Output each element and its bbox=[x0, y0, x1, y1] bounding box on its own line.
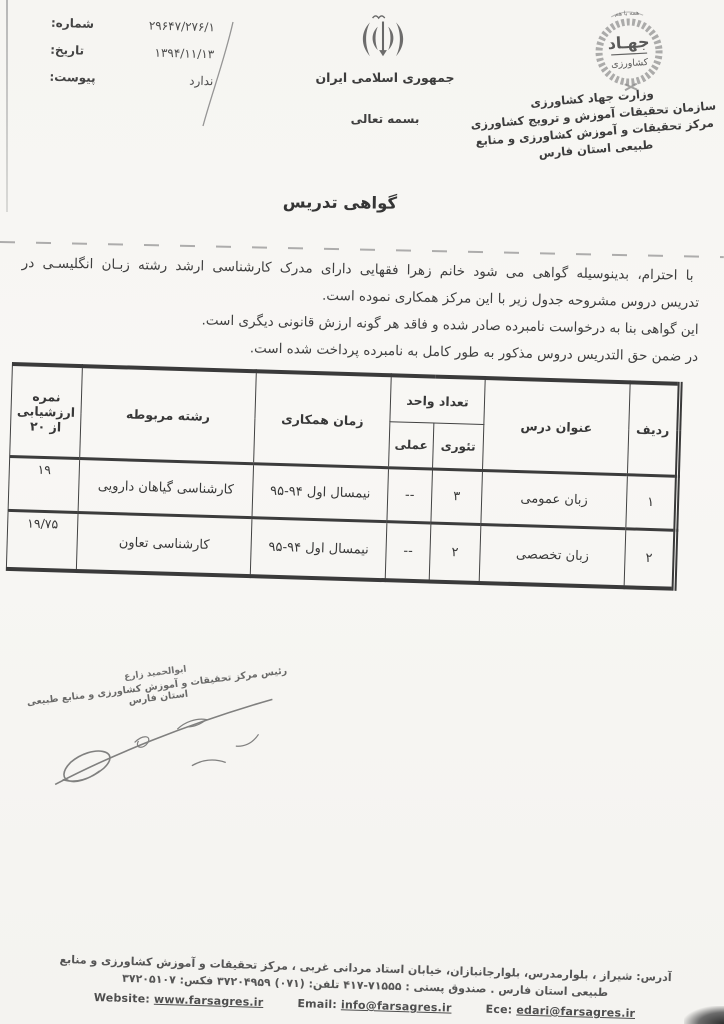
cell-practical: -- bbox=[385, 522, 431, 582]
cell-term: نیمسال اول ۹۴-۹۵ bbox=[252, 464, 389, 522]
date-label: تاریخ: bbox=[50, 43, 84, 58]
cell-theory: ۲ bbox=[429, 523, 481, 583]
col-header-score: نمره ارزشیابی از ۲۰ bbox=[10, 364, 83, 459]
cell-score: ۱۹ bbox=[8, 456, 80, 512]
logo-main-text: جهـاد bbox=[607, 32, 650, 53]
col-header-term: زمان همکاری bbox=[254, 371, 392, 467]
col-header-field: رشته مربوطه bbox=[80, 366, 257, 464]
cell-row-no: ۲ bbox=[624, 529, 676, 589]
attachment-label: پیوست: bbox=[49, 70, 96, 85]
cell-course: زبان تخصصی bbox=[479, 524, 626, 587]
document-title: گواهی تدریس bbox=[255, 192, 425, 213]
courses-table: ردیف عنوان درس تعداد واحد زمان همکاری رش… bbox=[6, 362, 683, 591]
courses-table-wrap: ردیف عنوان درس تعداد واحد زمان همکاری رش… bbox=[6, 362, 682, 591]
ece-address: edari@farsagres.ir bbox=[516, 1004, 635, 1021]
scan-corner-artifact bbox=[684, 1006, 724, 1024]
logo-motto-text: همه با هم bbox=[615, 9, 640, 17]
letter-date-row: تاریخ: ۱۳۹۴/۱۱/۱۳ bbox=[50, 43, 214, 62]
website-url: www.farsagres.ir bbox=[154, 993, 264, 1009]
email-address: info@farsagres.ir bbox=[341, 998, 452, 1014]
col-header-practical: عملی bbox=[389, 422, 434, 469]
republic-of-iran-text: جمهوری اسلامی ایران bbox=[295, 70, 475, 85]
iran-emblem-icon bbox=[352, 12, 414, 68]
letter-attachment-row: پیوست: ندارد bbox=[49, 70, 213, 89]
website-label: Website: bbox=[94, 991, 150, 1006]
spacer bbox=[456, 1012, 482, 1013]
besmele-text: بسمه تعالی bbox=[330, 112, 440, 126]
cell-term: نیمسال اول ۹۴-۹۵ bbox=[250, 518, 387, 580]
spacer bbox=[267, 1006, 293, 1007]
number-label: شماره: bbox=[51, 16, 95, 31]
scan-edge-artifact bbox=[6, 0, 8, 212]
organization-lines: وزارت جهاد کشاورزی سازمان تحقیقات آموزش … bbox=[466, 80, 723, 168]
signature-block: ابوالحمید زارع رئیس مرکز تحقیقات و آموزش… bbox=[22, 652, 303, 803]
col-header-course: عنوان درس bbox=[482, 378, 630, 475]
logo-sub-text: کشاورزی bbox=[611, 57, 649, 70]
cell-field: کارشناسی گیاهان دارویی bbox=[78, 459, 254, 518]
footer-block: آدرس: شیراز ، بلوارمدرس، بلوارجانبازان، … bbox=[26, 950, 703, 1024]
col-header-row-no: ردیف bbox=[627, 382, 680, 476]
col-header-theory: تئوری bbox=[433, 423, 484, 470]
cell-row-no: ۱ bbox=[626, 475, 678, 530]
email-label: Email: bbox=[297, 997, 337, 1011]
scanned-document-page: شماره: ۲۹۶۴۷/۲۷۶/۱ تاریخ: ۱۳۹۴/۱۱/۱۳ پیو… bbox=[0, 0, 724, 1024]
cell-practical: -- bbox=[387, 468, 433, 523]
handwritten-slash-mark bbox=[193, 18, 239, 130]
cell-score: ۱۹/۷۵ bbox=[6, 510, 78, 571]
col-header-units-group: تعداد واحد bbox=[390, 375, 485, 424]
cell-theory: ۳ bbox=[431, 469, 483, 524]
body-paragraph: با احترام، بدینوسیله گواهی می شود خانم ز… bbox=[20, 250, 700, 371]
cell-field: کارشناسی تعاون bbox=[76, 513, 252, 577]
cell-course: زبان عمومی bbox=[481, 471, 628, 529]
letter-meta-block: شماره: ۲۹۶۴۷/۲۷۶/۱ تاریخ: ۱۳۹۴/۱۱/۱۳ پیو… bbox=[49, 16, 215, 102]
letter-number-row: شماره: ۲۹۶۴۷/۲۷۶/۱ bbox=[51, 16, 215, 35]
ece-label: Ece: bbox=[485, 1003, 512, 1017]
